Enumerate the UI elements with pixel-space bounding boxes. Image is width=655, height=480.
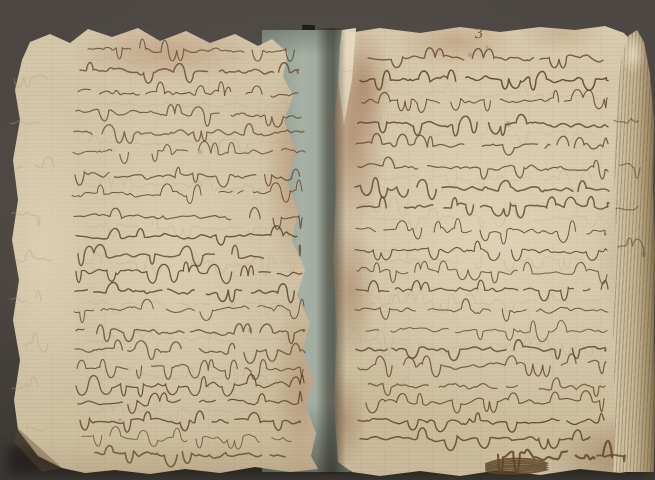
- page-edges-stack: [613, 26, 655, 472]
- gutter-shadow: [316, 28, 346, 474]
- manuscript-scan: 3: [0, 0, 655, 480]
- page-number: 3: [469, 25, 488, 42]
